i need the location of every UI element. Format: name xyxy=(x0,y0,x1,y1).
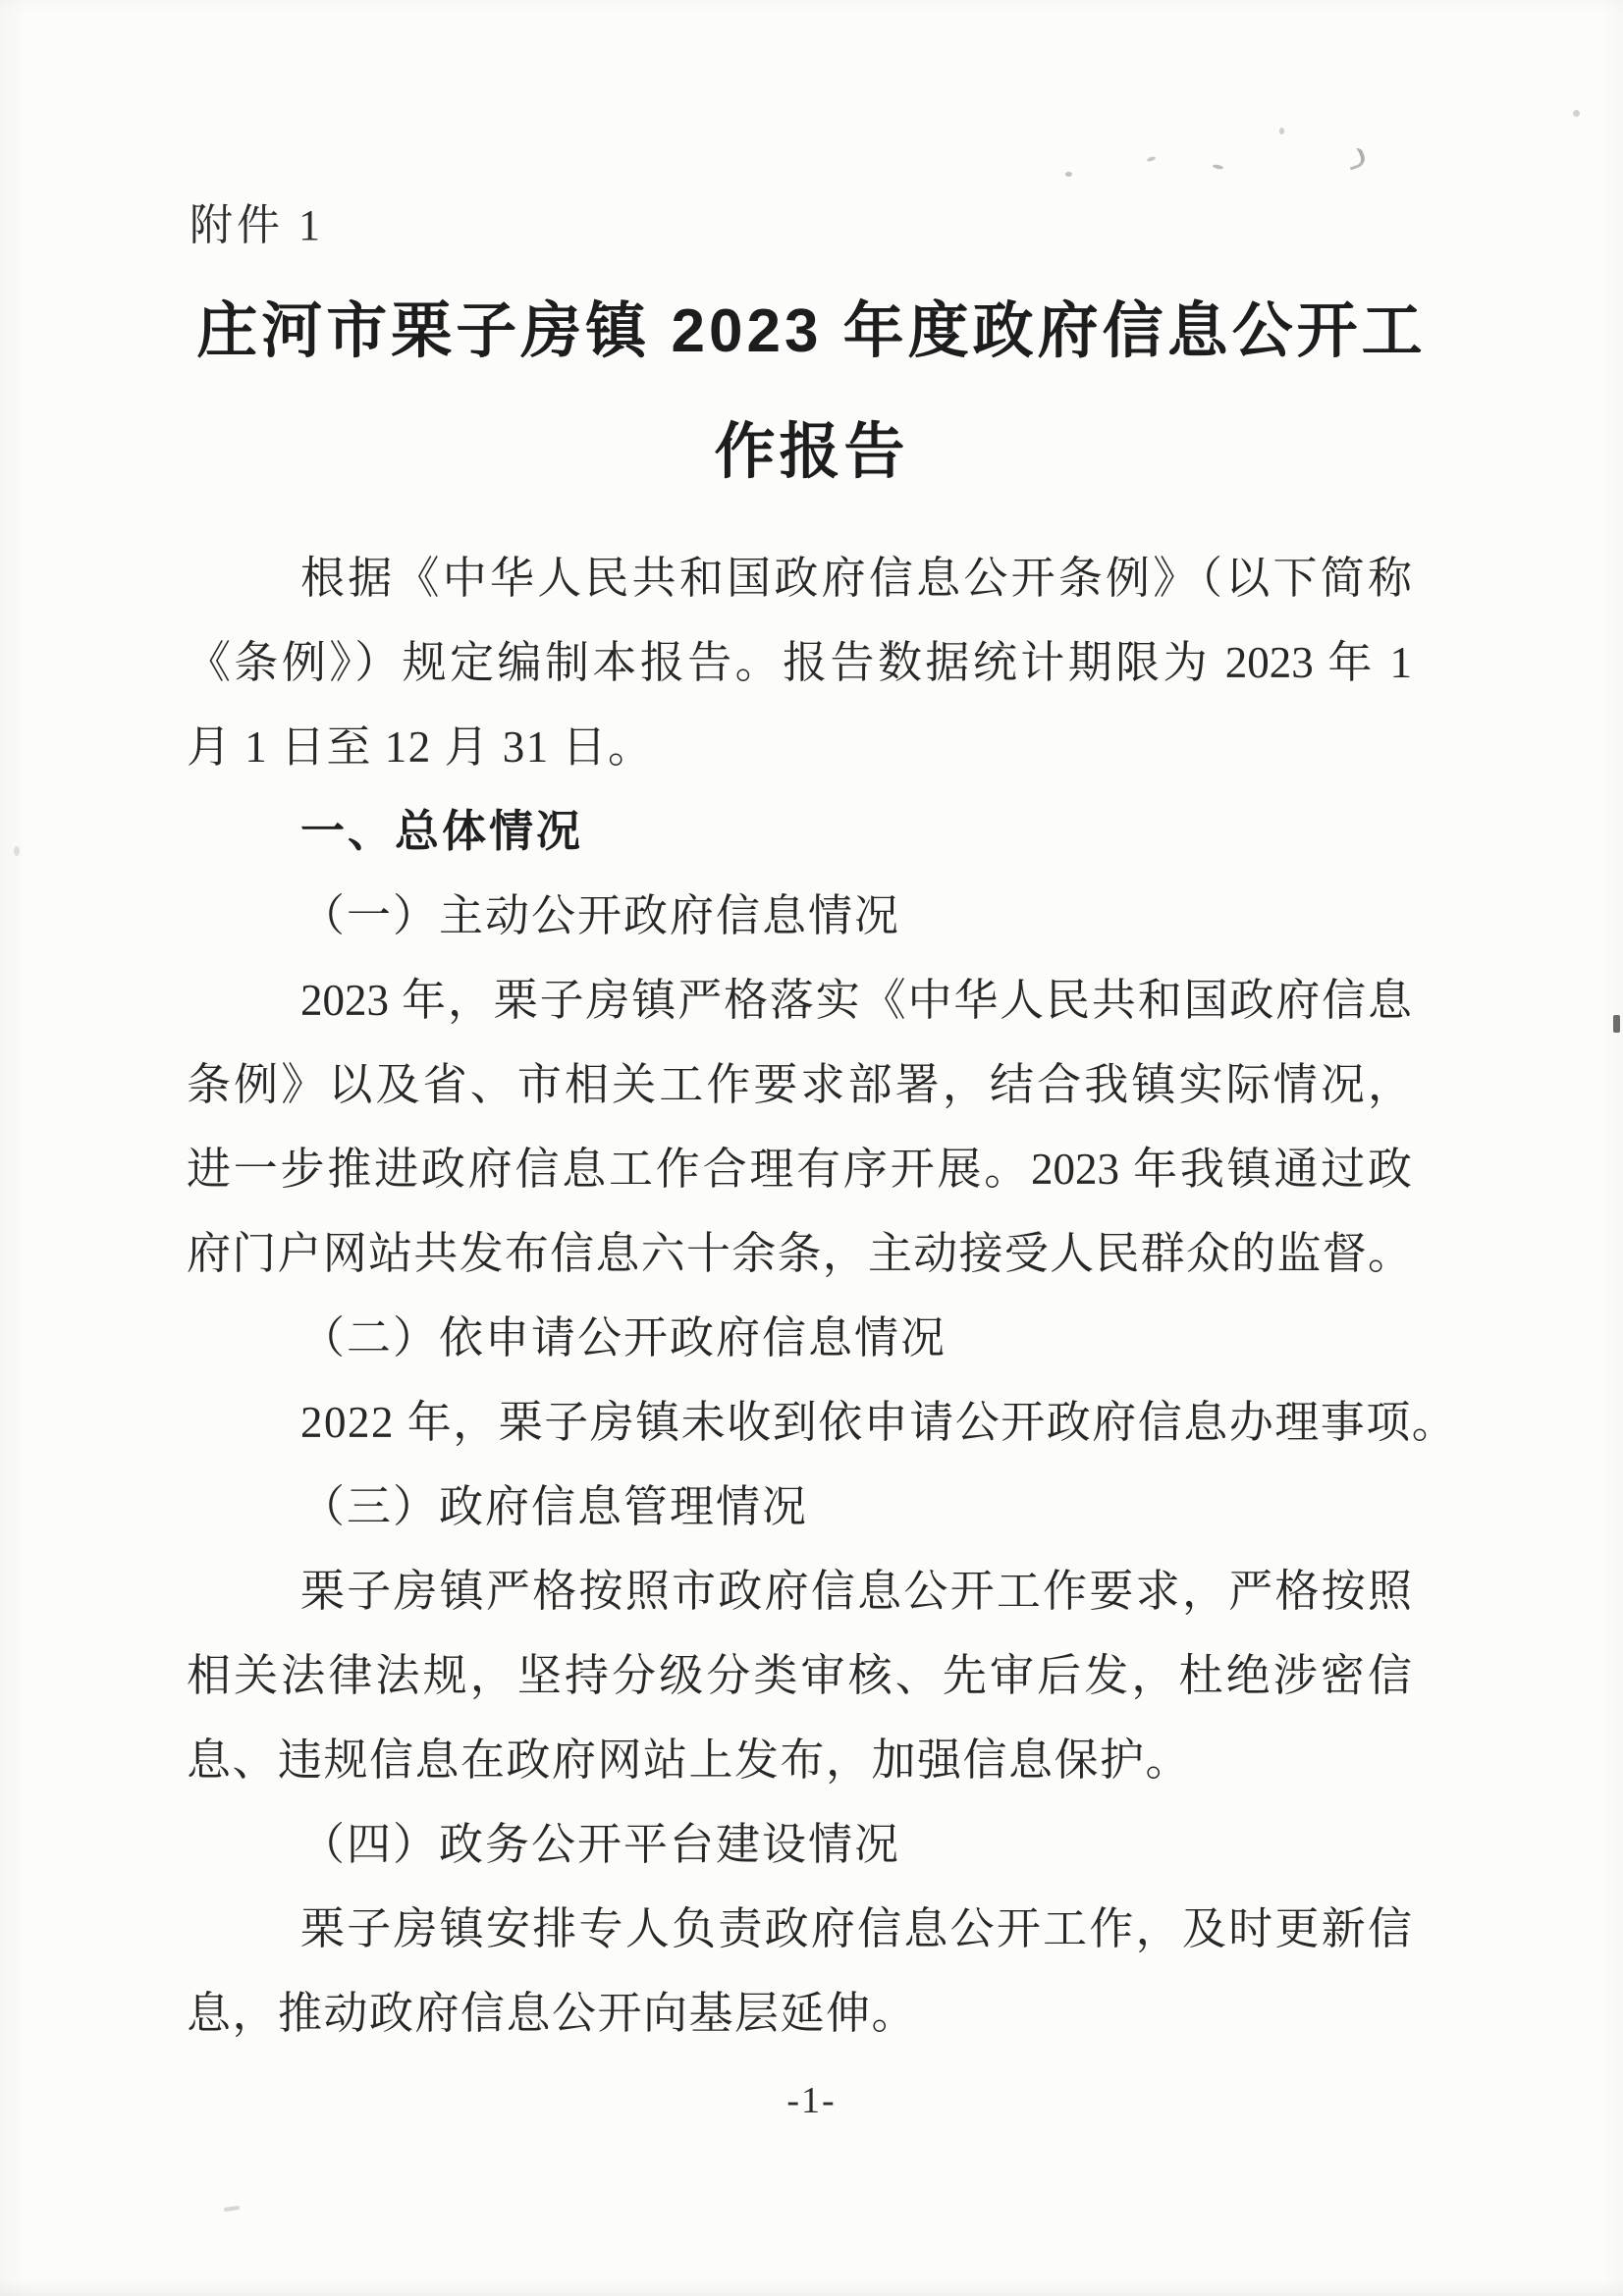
scan-speck xyxy=(1279,128,1284,134)
body-line: 进一步推进政府信息工作合理有序开展。2023 年我镇通过政 xyxy=(187,1127,1412,1211)
subsection-heading: （三）政府信息管理情况 xyxy=(187,1465,1412,1549)
body-line: 息、违规信息在政府网站上发布，加强信息保护。 xyxy=(187,1718,1412,1802)
page-number: -1- xyxy=(0,2069,1623,2132)
body-line: 2023 年，栗子房镇严格落实《中华人民共和国政府信息 xyxy=(187,958,1412,1042)
subsection-heading: （二）依申请公开政府信息情况 xyxy=(187,1296,1412,1380)
body-line: 月 1 日至 12 月 31 日。 xyxy=(187,705,1412,789)
section-heading: 一、总体情况 xyxy=(187,789,1412,874)
document-title-line-2: 作报告 xyxy=(88,408,1535,497)
document-title-line-1: 庄河市栗子房镇 2023 年度政府信息公开工 xyxy=(88,288,1535,376)
body-line: 栗子房镇严格按照市政府信息公开工作要求，严格按照 xyxy=(187,1549,1412,1633)
body-line: 相关法律法规，坚持分级分类审核、先审后发，杜绝涉密信 xyxy=(187,1633,1412,1718)
body-line: 根据《中华人民共和国政府信息公开条例》（以下简称 xyxy=(187,536,1412,620)
scan-speck xyxy=(1065,172,1072,177)
scan-speck xyxy=(1613,1015,1620,1033)
body-line: 息，推动政府信息公开向基层延伸。 xyxy=(187,1971,1412,2056)
subsection-heading: （一）主动公开政府信息情况 xyxy=(187,874,1412,958)
body-lines: 根据《中华人民共和国政府信息公开条例》（以下简称《条例》）规定编制本报告。报告数… xyxy=(187,536,1412,2056)
body-line: 2022 年，栗子房镇未收到依申请公开政府信息办理事项。 xyxy=(187,1380,1412,1465)
scan-speck xyxy=(1213,164,1224,170)
subsection-heading: （四）政务公开平台建设情况 xyxy=(187,1802,1412,1887)
scan-speck xyxy=(1573,110,1580,117)
body-line: 栗子房镇安排专人负责政府信息公开工作，及时更新信 xyxy=(187,1887,1412,1971)
scan-speck xyxy=(1147,156,1157,163)
scan-speck xyxy=(14,846,20,856)
scanned-document-page: 附件 1 庄河市栗子房镇 2023 年度政府信息公开工 作报告 根据《中华人民共… xyxy=(0,0,1623,2296)
scan-speck xyxy=(224,2206,240,2212)
attachment-label: 附件 1 xyxy=(189,196,324,255)
scan-speck xyxy=(1344,146,1367,170)
body-line: 府门户网站共发布信息六十余条，主动接受人民群众的监督。 xyxy=(187,1211,1412,1296)
body-line: 《条例》）规定编制本报告。报告数据统计期限为 2023 年 1 xyxy=(187,620,1412,705)
body-line: 条例》以及省、市相关工作要求部署，结合我镇实际情况， xyxy=(187,1042,1412,1127)
